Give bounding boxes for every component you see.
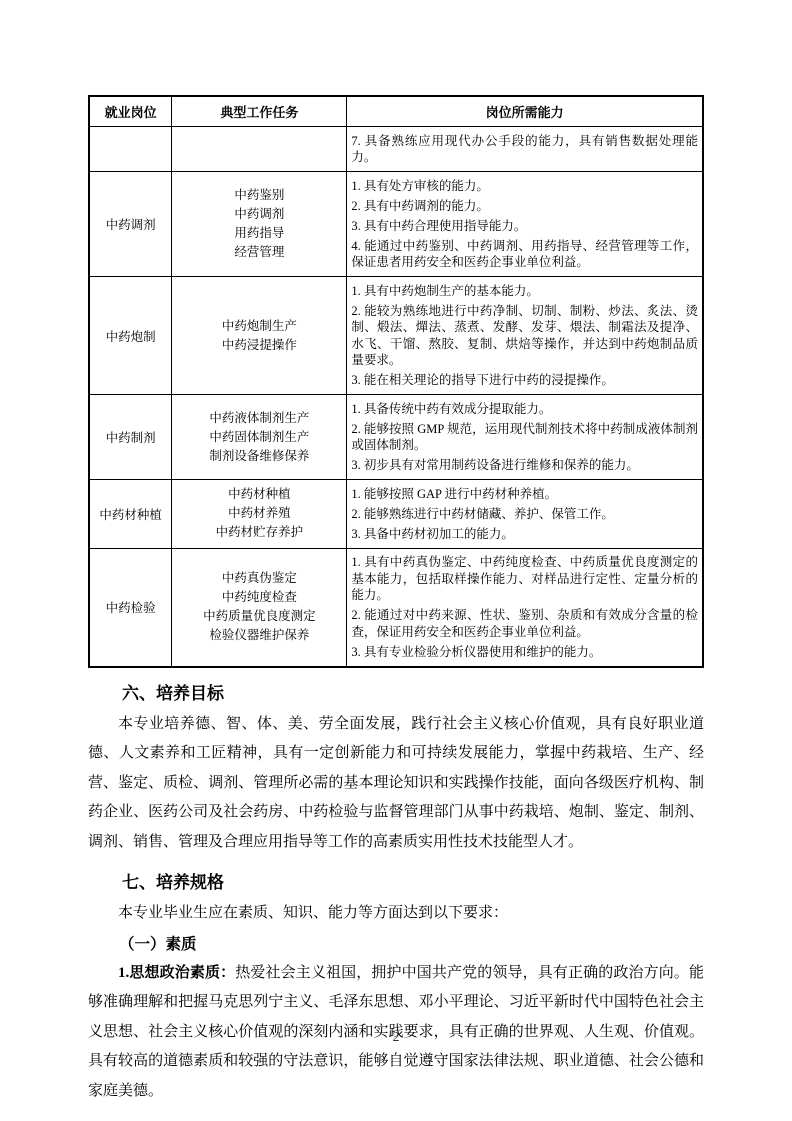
ability-item: 2. 能通过对中药来源、性状、鉴别、杂质和有效成分含量的检查，保证用药安全和医药…: [351, 607, 698, 640]
table-row-paozhi: 中药炮制 中药炮制生产 中药浸提操作 1. 具有中药炮制生产的基本能力。 2. …: [89, 277, 703, 395]
ability-item: 2. 能够按照 GMP 规范，运用现代制剂技术将中药制成液体制剂或固体制剂。: [351, 421, 698, 454]
header-cell-position: 就业岗位: [89, 96, 172, 127]
page-content: 就业岗位 典型工作任务 岗位所需能力 7. 具备熟练应用现代办公手段的能力，具有…: [88, 95, 704, 1106]
ability-item: 1. 具有中药真伪鉴定、中药纯度检查、中药质量优良度测定的基本能力，包括取样操作…: [351, 554, 698, 604]
task-line: 经营管理: [176, 243, 342, 262]
ability-item: 1. 具有处方审核的能力。: [351, 178, 698, 195]
abilities-cell: 1. 能够按照 GAP 进行中药材种养植。 2. 能够熟练进行中药材储藏、养护、…: [347, 480, 703, 549]
ability-item: 1. 具有中药炮制生产的基本能力。: [351, 283, 698, 300]
task-line: 制剂设备维修保养: [176, 447, 342, 466]
position-cell: 中药检验: [89, 548, 172, 667]
table-row-jianyan: 中药检验 中药真伪鉴定 中药纯度检查 中药质量优良度测定 检验仪器维护保养 1.…: [89, 548, 703, 667]
ability-item: 1. 具备传统中药有效成分提取能力。: [351, 401, 698, 418]
section-6-heading: 六、培养目标: [88, 681, 704, 707]
tasks-cell: [172, 127, 347, 172]
subsection-quality-heading: （一）素质: [88, 931, 704, 959]
task-line: 中药材种植: [176, 485, 342, 504]
ability-item: 3. 初步具有对常用制药设备进行维修和保养的能力。: [351, 457, 698, 474]
section-6-paragraph: 本专业培养德、智、体、美、劳全面发展，践行社会主义核心价值观，具有良好职业道德、…: [88, 710, 704, 858]
ability-item: 2. 能较为熟练地进行中药净制、切制、制粉、炒法、炙法、烫制、煅法、燀法、蒸煮、…: [351, 303, 698, 369]
page-number: 2: [0, 1030, 792, 1046]
position-cell: [89, 127, 172, 172]
task-line: 检验仪器维护保养: [176, 626, 342, 645]
tasks-cell: 中药真伪鉴定 中药纯度检查 中药质量优良度测定 检验仪器维护保养: [172, 548, 347, 667]
abilities-cell: 1. 具有中药真伪鉴定、中药纯度检查、中药质量优良度测定的基本能力，包括取样操作…: [347, 548, 703, 667]
abilities-cell: 1. 具有中药炮制生产的基本能力。 2. 能较为熟练地进行中药净制、切制、制粉、…: [347, 277, 703, 395]
ability-item: 2. 具有中药调剂的能力。: [351, 198, 698, 215]
task-line: 中药调剂: [176, 205, 342, 224]
ability-item: 3. 具有专业检验分析仪器使用和维护的能力。: [351, 644, 698, 661]
tasks-cell: 中药液体制剂生产 中药固体制剂生产 制剂设备维修保养: [172, 395, 347, 480]
task-line: 中药质量优良度测定: [176, 607, 342, 626]
task-line: 中药材养殖: [176, 504, 342, 523]
abilities-cell: 7. 具备熟练应用现代办公手段的能力，具有销售数据处理能力。: [347, 127, 703, 172]
quality-item-1-label: 1.思想政治素质：: [118, 965, 235, 981]
ability-item: 7. 具备熟练应用现代办公手段的能力，具有销售数据处理能力。: [351, 133, 698, 166]
section-7-heading: 七、培养规格: [88, 870, 704, 896]
header-cell-tasks: 典型工作任务: [172, 96, 347, 127]
task-line: 中药炮制生产: [176, 317, 342, 336]
position-cell: 中药制剂: [89, 395, 172, 480]
task-line: 中药固体制剂生产: [176, 428, 342, 447]
tasks-cell: 中药材种植 中药材养殖 中药材贮存养护: [172, 480, 347, 549]
ability-item: 3. 具有中药合理使用指导能力。: [351, 218, 698, 235]
task-line: 用药指导: [176, 224, 342, 243]
header-cell-abilities: 岗位所需能力: [347, 96, 703, 127]
ability-item: 4. 能通过中药鉴别、中药调剂、用药指导、经营管理等工作，保证患者用药安全和医药…: [351, 238, 698, 271]
abilities-cell: 1. 具备传统中药有效成分提取能力。 2. 能够按照 GMP 规范，运用现代制剂…: [347, 395, 703, 480]
table-row-zhiji: 中药制剂 中药液体制剂生产 中药固体制剂生产 制剂设备维修保养 1. 具备传统中…: [89, 395, 703, 480]
task-line: 中药纯度检查: [176, 588, 342, 607]
tasks-cell: 中药炮制生产 中药浸提操作: [172, 277, 347, 395]
ability-item: 1. 能够按照 GAP 进行中药材种养植。: [351, 486, 698, 503]
task-line: 中药材贮存养护: [176, 523, 342, 542]
tasks-cell: 中药鉴别 中药调剂 用药指导 经营管理: [172, 172, 347, 277]
position-cell: 中药炮制: [89, 277, 172, 395]
ability-item: 2. 能够熟练进行中药材储藏、养护、保管工作。: [351, 506, 698, 523]
task-line: 中药鉴别: [176, 186, 342, 205]
ability-item: 3. 能在相关理论的指导下进行中药的浸提操作。: [351, 372, 698, 389]
ability-item: 3. 具备中药材初加工的能力。: [351, 526, 698, 543]
section-7-intro: 本专业毕业生应在素质、知识、能力等方面达到以下要求：: [88, 899, 704, 929]
document-page: 就业岗位 典型工作任务 岗位所需能力 7. 具备熟练应用现代办公手段的能力，具有…: [0, 0, 792, 1121]
table-header-row: 就业岗位 典型工作任务 岗位所需能力: [89, 96, 703, 127]
task-line: 中药液体制剂生产: [176, 409, 342, 428]
abilities-cell: 1. 具有处方审核的能力。 2. 具有中药调剂的能力。 3. 具有中药合理使用指…: [347, 172, 703, 277]
table-row-continuation: 7. 具备熟练应用现代办公手段的能力，具有销售数据处理能力。: [89, 127, 703, 172]
position-cell: 中药材种植: [89, 480, 172, 549]
task-line: 中药真伪鉴定: [176, 569, 342, 588]
jobs-abilities-table: 就业岗位 典型工作任务 岗位所需能力 7. 具备熟练应用现代办公手段的能力，具有…: [88, 95, 704, 668]
position-cell: 中药调剂: [89, 172, 172, 277]
table-row-tiaoji: 中药调剂 中药鉴别 中药调剂 用药指导 经营管理 1. 具有处方审核的能力。 2…: [89, 172, 703, 277]
task-line: 中药浸提操作: [176, 336, 342, 355]
table-row-zhongzhi: 中药材种植 中药材种植 中药材养殖 中药材贮存养护 1. 能够按照 GAP 进行…: [89, 480, 703, 549]
